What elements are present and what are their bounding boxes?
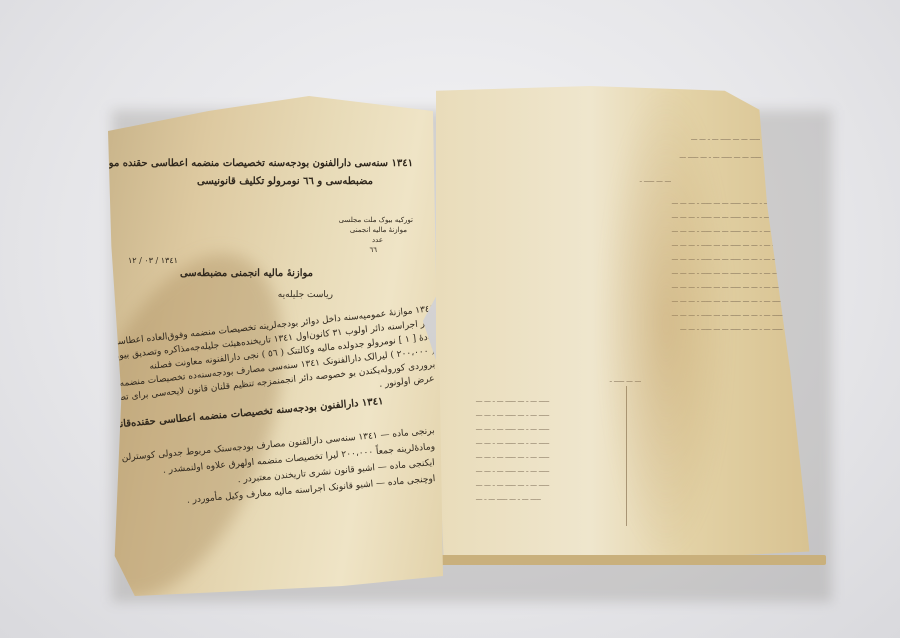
date: ١٣٤١ / ٠٣ / ١٢ (128, 256, 178, 266)
side-note-4: ٦٦ (369, 246, 377, 254)
side-note-1: تورکیه بیوک ملت مجلسی (339, 216, 413, 224)
document-title-2: مضبطه‌سی و ٦٦ نومرولو تکلیف قانونیسی (197, 176, 373, 188)
section-heading: موازنهٔ مالیه انجمنی مضبطه‌سی (180, 268, 313, 280)
salutation: ریاست جلیله‌یه (278, 290, 333, 301)
water-stain (601, 86, 731, 561)
side-note-3: عدد (372, 236, 383, 244)
left-page: ١٣٤١ سنه‌سی دارالفنون بودجه‌سنه تخصیصات … (108, 96, 443, 596)
document-title: ١٣٤١ سنه‌سی دارالفنون بودجه‌سنه تخصیصات … (108, 158, 413, 170)
body-line: عرض اولونور . (379, 374, 435, 391)
page-edge (440, 555, 826, 565)
side-note-2: موازنهٔ مالیه انجمنی (350, 226, 407, 234)
right-page: ـــ ـ ـــ ـــــ ـــ ـــ ـــــ ـــ ـ ـــ … (436, 86, 821, 561)
